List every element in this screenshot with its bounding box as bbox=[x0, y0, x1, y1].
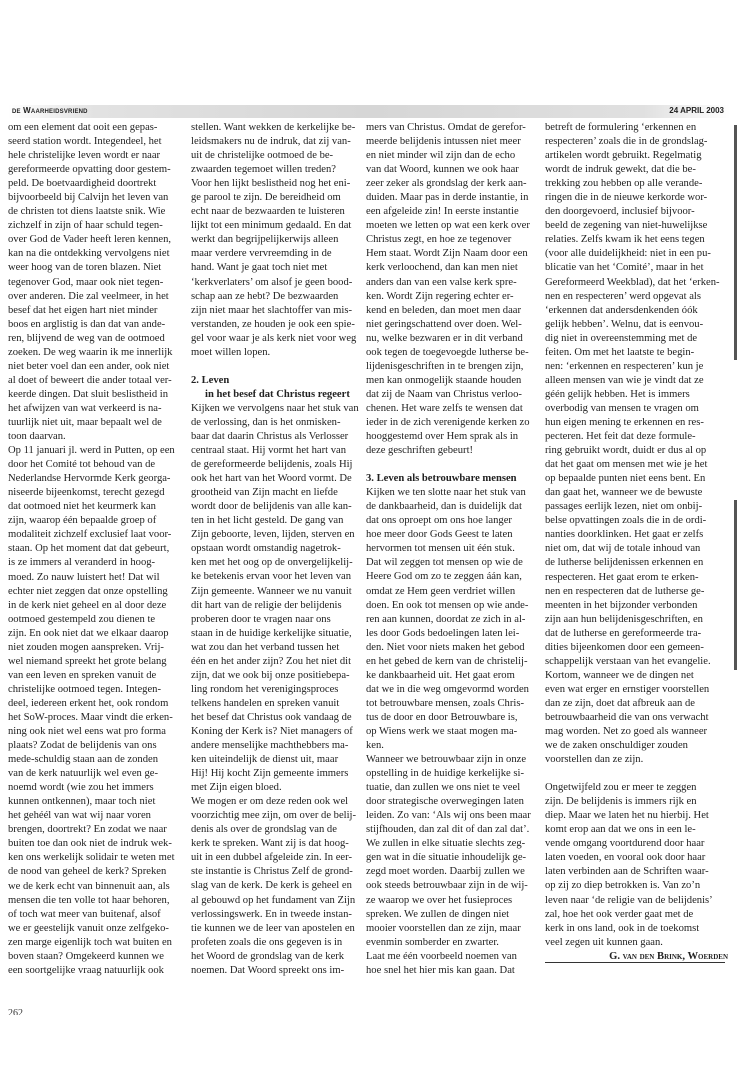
text-line: zijn, waarop één bepaalde groep of bbox=[8, 514, 180, 528]
text-line: de nood van geheel de kerk? Spreken bbox=[8, 865, 180, 879]
text-line: hun eigen mening te erkennen en res- bbox=[545, 416, 728, 430]
text-line: ken. Wordt Zijn regering echter er- bbox=[366, 290, 538, 304]
text-line: zijn. De belijdenis is immers rijk en bbox=[545, 795, 728, 809]
text-line: wordt de indruk gewekt, dat die be- bbox=[545, 163, 728, 177]
text-line: zegd moet worden. Daarbij zullen we bbox=[366, 865, 538, 879]
text-line: We zullen in elke situatie slechts zeg- bbox=[366, 837, 538, 851]
text-line: ken ons werkelijk solidair te weten met bbox=[8, 851, 180, 865]
text-line: we er geestelijk vanuit onze zelfgeko- bbox=[8, 922, 180, 936]
text-line: zeer zeker als grondslag der kerk aan- bbox=[366, 177, 538, 191]
text-line: Op 11 januari jl. werd in Putten, op een bbox=[8, 444, 180, 458]
text-line: beeld de zegening van niet-huwelijkse bbox=[545, 219, 728, 233]
text-line: modaliteit zichzelf exclusief laat voor- bbox=[8, 528, 180, 542]
text-line: stijfhouden, dan zal dit of dan zal dat’… bbox=[366, 823, 538, 837]
text-line: ‘erkennen dat andersdenkenden óók bbox=[545, 304, 728, 318]
text-line: dit hart van de religie der belijdenis bbox=[191, 599, 363, 613]
text-line: hooggestemd over Hem sprak als in bbox=[366, 430, 538, 444]
text-line: zijn, dat we ook bij onze positiebepa- bbox=[191, 669, 363, 683]
text-line: (voor alle duidelijkheid: niet in een pu… bbox=[545, 247, 728, 261]
text-line: op zij zo diep betrokken is. Van zo’n bbox=[545, 879, 728, 893]
spacer bbox=[545, 767, 728, 781]
text-line: dat het gaat om mensen met wie je het bbox=[545, 458, 728, 472]
text-line: relaties. Zelfs kwam ik het eens tegen bbox=[545, 233, 728, 247]
text-line: over anderen. Die zal veelmeer, in het bbox=[8, 290, 180, 304]
text-line: ze waarop we over het fusieproces bbox=[366, 894, 538, 908]
text-line: ke dankbaarheid uit. Het gaat erom bbox=[366, 669, 538, 683]
section-heading: 2. Leven bbox=[191, 374, 363, 388]
text-line: nen: ‘erkennen en respecteren’ kun je bbox=[545, 360, 728, 374]
text-line: ringen die in de nieuwe kerkorde wor- bbox=[545, 191, 728, 205]
text-line: noemen. Dat Woord spreekt ons im- bbox=[191, 964, 363, 978]
text-line: plaats? Zodat de belijdenis van ons bbox=[8, 739, 180, 753]
text-line: nu, welke bezwaren er in dit verband bbox=[366, 332, 538, 346]
text-line: deze geschriften gebeurt! bbox=[366, 444, 538, 458]
text-line: ‘kerkverlaters’ om alsof je geen bood- bbox=[191, 276, 363, 290]
text-line: blicatie van het ‘Comité’, maar in het bbox=[545, 261, 728, 275]
text-line: staan. Op het moment dat dat gebeurt, bbox=[8, 542, 180, 556]
text-line: men kan onmogelijk staande houden bbox=[366, 374, 538, 388]
text-line: over God de Vader heeft leren kennen, bbox=[8, 233, 180, 247]
text-line: Zijn geboorte, leven, lijden, sterven en bbox=[191, 528, 363, 542]
text-line: gelijk hebben’. Welnu, dat is eenvou- bbox=[545, 318, 728, 332]
spacer bbox=[366, 458, 538, 472]
text-line: betrouwbaarheid die van ons verwacht bbox=[545, 711, 728, 725]
text-line: moed. Zo nauw luistert het! Dat wil bbox=[8, 571, 180, 585]
text-line: Kijken we vervolgens naar het stuk van bbox=[191, 402, 363, 416]
text-line: zwaarden tegemoet willen treden? bbox=[191, 163, 363, 177]
text-line: diep. Maar we laten het nu hierbij. Het bbox=[545, 809, 728, 823]
text-line: Voor hen lijkt beslistheid nog het eni- bbox=[191, 177, 363, 191]
text-line: kerk te spreken. Want zij is dat hoog- bbox=[191, 837, 363, 851]
text-line: ook steeds betrouwbaar zijn in de wij- bbox=[366, 879, 538, 893]
text-line: in de kerk niet geheel en al door deze bbox=[8, 599, 180, 613]
text-line: pecteren. Het feit dat deze formule- bbox=[545, 430, 728, 444]
text-line: evenmin somberder en zwarter. bbox=[366, 936, 538, 950]
text-line: tuatie, dan zullen we ons niet te veel bbox=[366, 781, 538, 795]
text-line: dan gaat het, wanneer we de bewuste bbox=[545, 486, 728, 500]
text-line: betreft de formulering ‘erkennen en bbox=[545, 121, 728, 135]
text-line: echt naar de bezwaarden te luisteren bbox=[191, 205, 363, 219]
text-line: door het Comité tot behoud van de bbox=[8, 458, 180, 472]
text-line: laten voeden, en vooral ook door haar bbox=[545, 851, 728, 865]
text-line: alleen mensen van wie je vindt dat ze bbox=[545, 374, 728, 388]
text-line: uit in een dubbel afgeleide zin. In eer- bbox=[191, 851, 363, 865]
text-line: niet beter voel dan een ander, ook niet bbox=[8, 360, 180, 374]
text-line: respecteren. Het gaat erom te erken- bbox=[545, 571, 728, 585]
text-line: dities bijeenkomen door een gemeen- bbox=[545, 641, 728, 655]
text-line: opstelling in de huidige kerkelijke si- bbox=[366, 767, 538, 781]
text-line: den. Niet voor niets maken het gebod bbox=[366, 641, 538, 655]
text-line: overbodig van mensen te vragen om bbox=[545, 402, 728, 416]
text-line: meenten in het bijzonder verbonden bbox=[545, 599, 728, 613]
text-line: duiden. Maar pas in derde instantie, in bbox=[366, 191, 538, 205]
text-line: dat we in die weg omgevormd worden bbox=[366, 683, 538, 697]
text-line: verstanden, ze houden je ook een spie- bbox=[191, 318, 363, 332]
text-line: op bepaalde punten niet eens bent. En bbox=[545, 472, 728, 486]
text-line: ke betekenis ervan voor het leven van bbox=[191, 570, 363, 584]
publication-name: de Waarheidsvriend bbox=[12, 106, 88, 115]
text-line: Koning der Kerk is? Niet managers of bbox=[191, 725, 363, 739]
text-line: staan in de huidige kerkelijke situatie, bbox=[191, 627, 363, 641]
text-line: hand. Want je gaat toch niet met bbox=[191, 261, 363, 275]
text-line: de lutherse belijdenissen erkennen en bbox=[545, 556, 728, 570]
text-line: zijn. En ook niet dat we elkaar daarop bbox=[8, 627, 180, 641]
text-line: al gebouwd op het fundament van Zijn bbox=[191, 894, 363, 908]
text-line: vende omgang voortdurend door haar bbox=[545, 837, 728, 851]
text-line: Kijken we ten slotte naar het stuk van bbox=[366, 486, 538, 500]
text-line: tus de door en door Betrouwbare is, bbox=[366, 711, 538, 725]
text-line: moet willen lopen. bbox=[191, 346, 363, 360]
text-line: den doorgevoerd, inclusief bijvoor- bbox=[545, 205, 728, 219]
text-line: het besef dat Christus ook vandaag de bbox=[191, 711, 363, 725]
text-line: trekking zou hebben op alle verande- bbox=[545, 177, 728, 191]
text-line: dat ootmoed niet het keurmerk kan bbox=[8, 500, 180, 514]
text-line: zichzelf in zijn of haar schuld tegen- bbox=[8, 219, 180, 233]
text-line: omdat ze Hem geen verdriet willen bbox=[366, 585, 538, 599]
text-line: schap aan ze hebt? De bezwaarden bbox=[191, 290, 363, 304]
text-line: dat de lutherse en gereformeerde tra- bbox=[545, 627, 728, 641]
section-subheading: in het besef dat Christus regeert bbox=[191, 388, 363, 402]
text-line: mensen die ten volle tot haar behoren, bbox=[8, 894, 180, 908]
text-line: nen en respecteren dat de lutherse ge- bbox=[545, 585, 728, 599]
text-line: we de zaken onschuldiger zouden bbox=[545, 739, 728, 753]
text-line: veel zegen uit kunnen gaan. bbox=[545, 936, 728, 950]
text-line: passages eerlijk lezen, niet om onbij- bbox=[545, 500, 728, 514]
text-line: ken uiteindelijk de dienst uit, maar bbox=[191, 753, 363, 767]
column-4: betreft de formulering ‘erkennen enrespe… bbox=[545, 121, 728, 964]
section-heading: 3. Leven als betrouwbare mensen bbox=[366, 472, 538, 486]
text-line: of toch wat meer van buitenaf, alsof bbox=[8, 908, 180, 922]
text-line: artikelen wordt gebruikt. Regelmatig bbox=[545, 149, 728, 163]
text-line: lijkt tot een minimum gedaald. En dat bbox=[191, 219, 363, 233]
text-line: één en het ander zijn? Zou het niet dit bbox=[191, 655, 363, 669]
text-line: leidsmakers nu de indruk, dat zij van- bbox=[191, 135, 363, 149]
column-3: mers van Christus. Omdat de gerefor-meer… bbox=[366, 121, 538, 978]
text-line: kerk verloochend, dan kan men niet bbox=[366, 261, 538, 275]
text-line: voorstellen dan ze zijn. bbox=[545, 753, 728, 767]
text-line: boos en arglistig is dan dat van ande- bbox=[8, 318, 180, 332]
issue-date: 24 APRIL 2003 bbox=[669, 106, 724, 115]
text-line: proberen door te vragen naar ons bbox=[191, 613, 363, 627]
text-line: zal, hoe het ook verder gaat met de bbox=[545, 908, 728, 922]
column-1: om een element dat ooit een gepas-seerd … bbox=[8, 121, 180, 978]
text-line: hervormen tot mensen uit één stuk. bbox=[366, 542, 538, 556]
text-line: al doet of beweert die ander totaal ver- bbox=[8, 374, 180, 388]
text-line: uit de christelijke ootmoed de be- bbox=[191, 149, 363, 163]
text-line: boven staan? Omgekeerd kunnen we bbox=[8, 950, 180, 964]
text-line: van de kerk natuurlijk wel even ge- bbox=[8, 767, 180, 781]
text-line: ring gebruikt wordt, duidt er dus al op bbox=[545, 444, 728, 458]
text-line: kend en beleden, dan moet men daar bbox=[366, 304, 538, 318]
text-line: belse opvattingen zoals die in de ordi- bbox=[545, 514, 728, 528]
text-line: tie kunnen we de leer van apostelen en bbox=[191, 922, 363, 936]
text-line: gel voor waar je als kerk niet voor weg bbox=[191, 332, 363, 346]
text-line: ren aan kunnen, doordat ze zich in al- bbox=[366, 613, 538, 627]
text-line: ieder in de zich verenigende kerken zo bbox=[366, 416, 538, 430]
text-line: Ongetwijfeld zou er meer te zeggen bbox=[545, 781, 728, 795]
text-line: een soortgelijke vraag natuurlijk ook bbox=[8, 964, 180, 978]
scan-edge bbox=[734, 125, 737, 360]
text-line: kerk in ons land, ook in de toekomst bbox=[545, 922, 728, 936]
text-line: ootmoed gestempeld zou dienen te bbox=[8, 613, 180, 627]
text-line: komt erop aan dat we ons in een le- bbox=[545, 823, 728, 837]
text-line: met Zijn eigen bloed. bbox=[191, 781, 363, 795]
text-line: hele christelijke leven wordt er naar bbox=[8, 149, 180, 163]
column-2: stellen. Want wekken de kerkelijke be-le… bbox=[191, 121, 363, 978]
text-line: het afwijzen van wat verkeerd is na- bbox=[8, 402, 180, 416]
text-line: maar verdere vervreemding in de bbox=[191, 247, 363, 261]
text-line: ook tegen de toegevoegde lutherse be- bbox=[366, 346, 538, 360]
text-line: Dat wil zeggen tot mensen op wie de bbox=[366, 556, 538, 570]
text-line: ten in het licht gesteld. De gang van bbox=[191, 514, 363, 528]
text-line: voorzichtig mee zijn, om over de belij- bbox=[191, 809, 363, 823]
text-line: anders dan van een valse kerk spre- bbox=[366, 276, 538, 290]
text-line: stellen. Want wekken de kerkelijke be- bbox=[191, 121, 363, 135]
text-line: hoe snel het hier mis kan gaan. Dat bbox=[366, 964, 538, 978]
text-line: moeten we letten op wat een kerk over bbox=[366, 219, 538, 233]
text-line: peld. De boetvaardigheid doortrekt bbox=[8, 177, 180, 191]
text-line: werkt dan begrijpelijkerwijs alleen bbox=[191, 233, 363, 247]
text-line: wordt door de belijdenis van alle kan- bbox=[191, 500, 363, 514]
text-line: seerd station wordt. Integendeel, het bbox=[8, 135, 180, 149]
text-line: centraal staat. Hij vormt het hart van bbox=[191, 444, 363, 458]
text-line: noemd wordt (wie zou het immers bbox=[8, 781, 180, 795]
text-line: slag van de kerk. De kerk is geheel en bbox=[191, 879, 363, 893]
text-line: leiden. Zo van: ‘Als wij ons been maar bbox=[366, 809, 538, 823]
text-line: schappelijk verstaan van het evangelie. bbox=[545, 655, 728, 669]
text-line: opstaan wordt omstandig nagetrok- bbox=[191, 542, 363, 556]
text-line: en het gebed de kern van de christelij- bbox=[366, 655, 538, 669]
text-line: profeten zoals die ons gegeven is in bbox=[191, 936, 363, 950]
text-line: chenen. Het ware zelfs te wensen dat bbox=[366, 402, 538, 416]
text-line: deel, iedereen erkent het, ook rondom bbox=[8, 697, 180, 711]
text-line: niet om, dat wij de totale inhoud van bbox=[545, 542, 728, 556]
text-line: toon daarvan. bbox=[8, 430, 180, 444]
text-line: echter niet zeggen dat onze opstelling bbox=[8, 585, 180, 599]
text-line: zijn niet maar het slachtoffer van mis- bbox=[191, 304, 363, 318]
text-line: ning ook niet wel eens wat pro forma bbox=[8, 725, 180, 739]
text-line: en niet minder wil zijn dan de echo bbox=[366, 149, 538, 163]
text-line: kunnen ontkennen), maar toch niet bbox=[8, 795, 180, 809]
text-line: mooier voorstellen dan ze zijn, maar bbox=[366, 922, 538, 936]
running-header: de Waarheidsvriend 24 APRIL 2003 bbox=[8, 105, 730, 118]
text-line: zijn aan hun belijdenisgeschriften, en bbox=[545, 613, 728, 627]
text-line: doen. En ook tot mensen op wie ande- bbox=[366, 599, 538, 613]
text-line: respecteren’ zoals die in de grondslag- bbox=[545, 135, 728, 149]
text-line: zen marge eigenlijk toch wat buiten en bbox=[8, 936, 180, 950]
text-line: ken met het oog op de onvergelijkelij- bbox=[191, 556, 363, 570]
text-line: leven naar ‘de religie van de belijdenis… bbox=[545, 894, 728, 908]
text-line: Gereformeerd Weekblad), dat het ‘erken- bbox=[545, 276, 728, 290]
text-line: dat zij de Naam van Christus verloo- bbox=[366, 388, 538, 402]
text-line: Kortom, wanneer we de dingen net bbox=[545, 669, 728, 683]
spacer bbox=[191, 360, 363, 374]
text-line: brengen, doortrekt? En zodat we naar bbox=[8, 823, 180, 837]
text-line: Nederlandse Hervormde Kerk georga- bbox=[8, 472, 180, 486]
text-line: even wat erger en ernstiger voorstellen bbox=[545, 683, 728, 697]
text-line: dig niet in overeenstemming met de bbox=[545, 332, 728, 346]
text-line: gen wat in díe situatie inhoudelijk ge- bbox=[366, 851, 538, 865]
text-line: de christen tot diens laatste snik. Wie bbox=[8, 205, 180, 219]
text-line: nanties doorklinken. Het gaat er zelfs bbox=[545, 528, 728, 542]
text-line: laten verbinden aan de Schriften waar- bbox=[545, 865, 728, 879]
text-line: meerde belijdenis intussen niet meer bbox=[366, 135, 538, 149]
text-line: verlossingswerk. En in tweede instan- bbox=[191, 908, 363, 922]
text-line: We mogen er om deze reden ook wel bbox=[191, 795, 363, 809]
text-line: door strategische overwegingen laten bbox=[366, 795, 538, 809]
text-line: ge parool te zijn. De bereidheid om bbox=[191, 191, 363, 205]
text-line: Zijn gemeente. Wanneer we nu vanuit bbox=[191, 585, 363, 599]
text-line: wat zou dan het verband tussen het bbox=[191, 641, 363, 655]
text-line: een afgeleide zin! In eerste instantie bbox=[366, 205, 538, 219]
text-line: op Wiens werk we staat mogen ma- bbox=[366, 725, 538, 739]
text-line: gereformeerde opvatting door gestem- bbox=[8, 163, 180, 177]
text-line: om een element dat ooit een gepas- bbox=[8, 121, 180, 135]
text-line: wel niemand spreekt het grote belang bbox=[8, 655, 180, 669]
text-line: niet geringschattend over doen. Wel- bbox=[366, 318, 538, 332]
page-number: 262 bbox=[8, 1008, 23, 1015]
text-line: les door Gods bedoelingen laten lei- bbox=[366, 627, 538, 641]
text-line: Heere God om zo te zeggen áán kan, bbox=[366, 570, 538, 584]
text-line: ren, blijvend de weg van de ootmoed bbox=[8, 332, 180, 346]
text-line: we de kerk echt van binnenuit aan, als bbox=[8, 880, 180, 894]
text-line: dat ons oproept om ons hoe langer bbox=[366, 514, 538, 528]
text-line: tot betrouwbare mensen, zoals Chris- bbox=[366, 697, 538, 711]
text-line: besef dat het eigen hart niet minder bbox=[8, 304, 180, 318]
text-line: tuurlijk niet uit, maar bepaalt wel de bbox=[8, 416, 180, 430]
text-line: Hij! Hij kocht Zijn gemeente immers bbox=[191, 767, 363, 781]
text-line: denis als over de grondslag van de bbox=[191, 823, 363, 837]
text-line: het Woord de grondslag van de kerk bbox=[191, 950, 363, 964]
text-line: mers van Christus. Omdat de gerefor- bbox=[366, 121, 538, 135]
text-line: mede-schuldig staan aan de zonden bbox=[8, 753, 180, 767]
text-line: niet zouden mogen aanspreken. Vrij- bbox=[8, 641, 180, 655]
text-line: Wanneer we betrouwbaar zijn in onze bbox=[366, 753, 538, 767]
text-line: Christus zegt, en hoe ze tegenover bbox=[366, 233, 538, 247]
text-line: zoeken. De weg waarin ik me innerlijk bbox=[8, 346, 180, 360]
text-line: kan na die ontdekking vervolgens niet bbox=[8, 247, 180, 261]
text-line: spreken. We zullen de dingen niet bbox=[366, 908, 538, 922]
text-line: bijvoorbeeld bij Calvijn het leven van bbox=[8, 191, 180, 205]
end-rule bbox=[545, 962, 725, 963]
text-line: ken. bbox=[366, 739, 538, 753]
text-line: is ze immers al veranderd in hoog- bbox=[8, 556, 180, 570]
text-line: ste instantie is Christus Zelf de grond- bbox=[191, 865, 363, 879]
text-line: buiten toe dan ook niet de indruk wek- bbox=[8, 837, 180, 851]
text-line: lijdenisgeschriften in te brengen zijn, bbox=[366, 360, 538, 374]
text-line: ook het hart van het Woord vormt. De bbox=[191, 472, 363, 486]
text-line: feiten. Om met het laatste te begin- bbox=[545, 346, 728, 360]
text-line: grootheid van Zijn macht en liefde bbox=[191, 486, 363, 500]
text-line: nen en respecteren’ werd opgevat als bbox=[545, 290, 728, 304]
text-line: niseerde bijeenkomst, terecht gezegd bbox=[8, 486, 180, 500]
text-line: telkens handelen en spreken vanuit bbox=[191, 697, 363, 711]
text-line: het gehéél van wat wij naar voren bbox=[8, 809, 180, 823]
text-line: mag worden. Net zo goed als wanneer bbox=[545, 725, 728, 739]
text-line: het SoW-proces. Maar vindt die erken- bbox=[8, 711, 180, 725]
text-line: ling rondom het verenigingsproces bbox=[191, 683, 363, 697]
text-line: de gereformeerde belijdenis, zoals Hij bbox=[191, 458, 363, 472]
text-line: géén gelijk hebben. Het is immers bbox=[545, 388, 728, 402]
text-line: van een leven en spreken vanuit de bbox=[8, 669, 180, 683]
text-line: van dat Woord, kunnen we ook haar bbox=[366, 163, 538, 177]
text-line: andere menselijke machthebbers ma- bbox=[191, 739, 363, 753]
text-line: christelijke ootmoed tegen. Integen- bbox=[8, 683, 180, 697]
text-line: keerde dingen. Dat sluit beslistheid in bbox=[8, 388, 180, 402]
text-line: de verlossing, dan is het onmisken- bbox=[191, 416, 363, 430]
text-line: hoe meer door Gods Geest te laten bbox=[366, 528, 538, 542]
text-line: Laat me één voorbeeld noemen van bbox=[366, 950, 538, 964]
scan-edge bbox=[734, 500, 737, 670]
text-line: weer hoog van de toren blazen. Niet bbox=[8, 261, 180, 275]
text-line: tegenover God, maar ook niet tegen- bbox=[8, 276, 180, 290]
text-line: Hem staat. Wordt Zijn Naam door een bbox=[366, 247, 538, 261]
text-line: dan ze zijn, doet dat afbreuk aan de bbox=[545, 697, 728, 711]
text-line: de dankbaarheid, dan is duidelijk dat bbox=[366, 500, 538, 514]
text-line: baar dat daarin Christus als Verlosser bbox=[191, 430, 363, 444]
